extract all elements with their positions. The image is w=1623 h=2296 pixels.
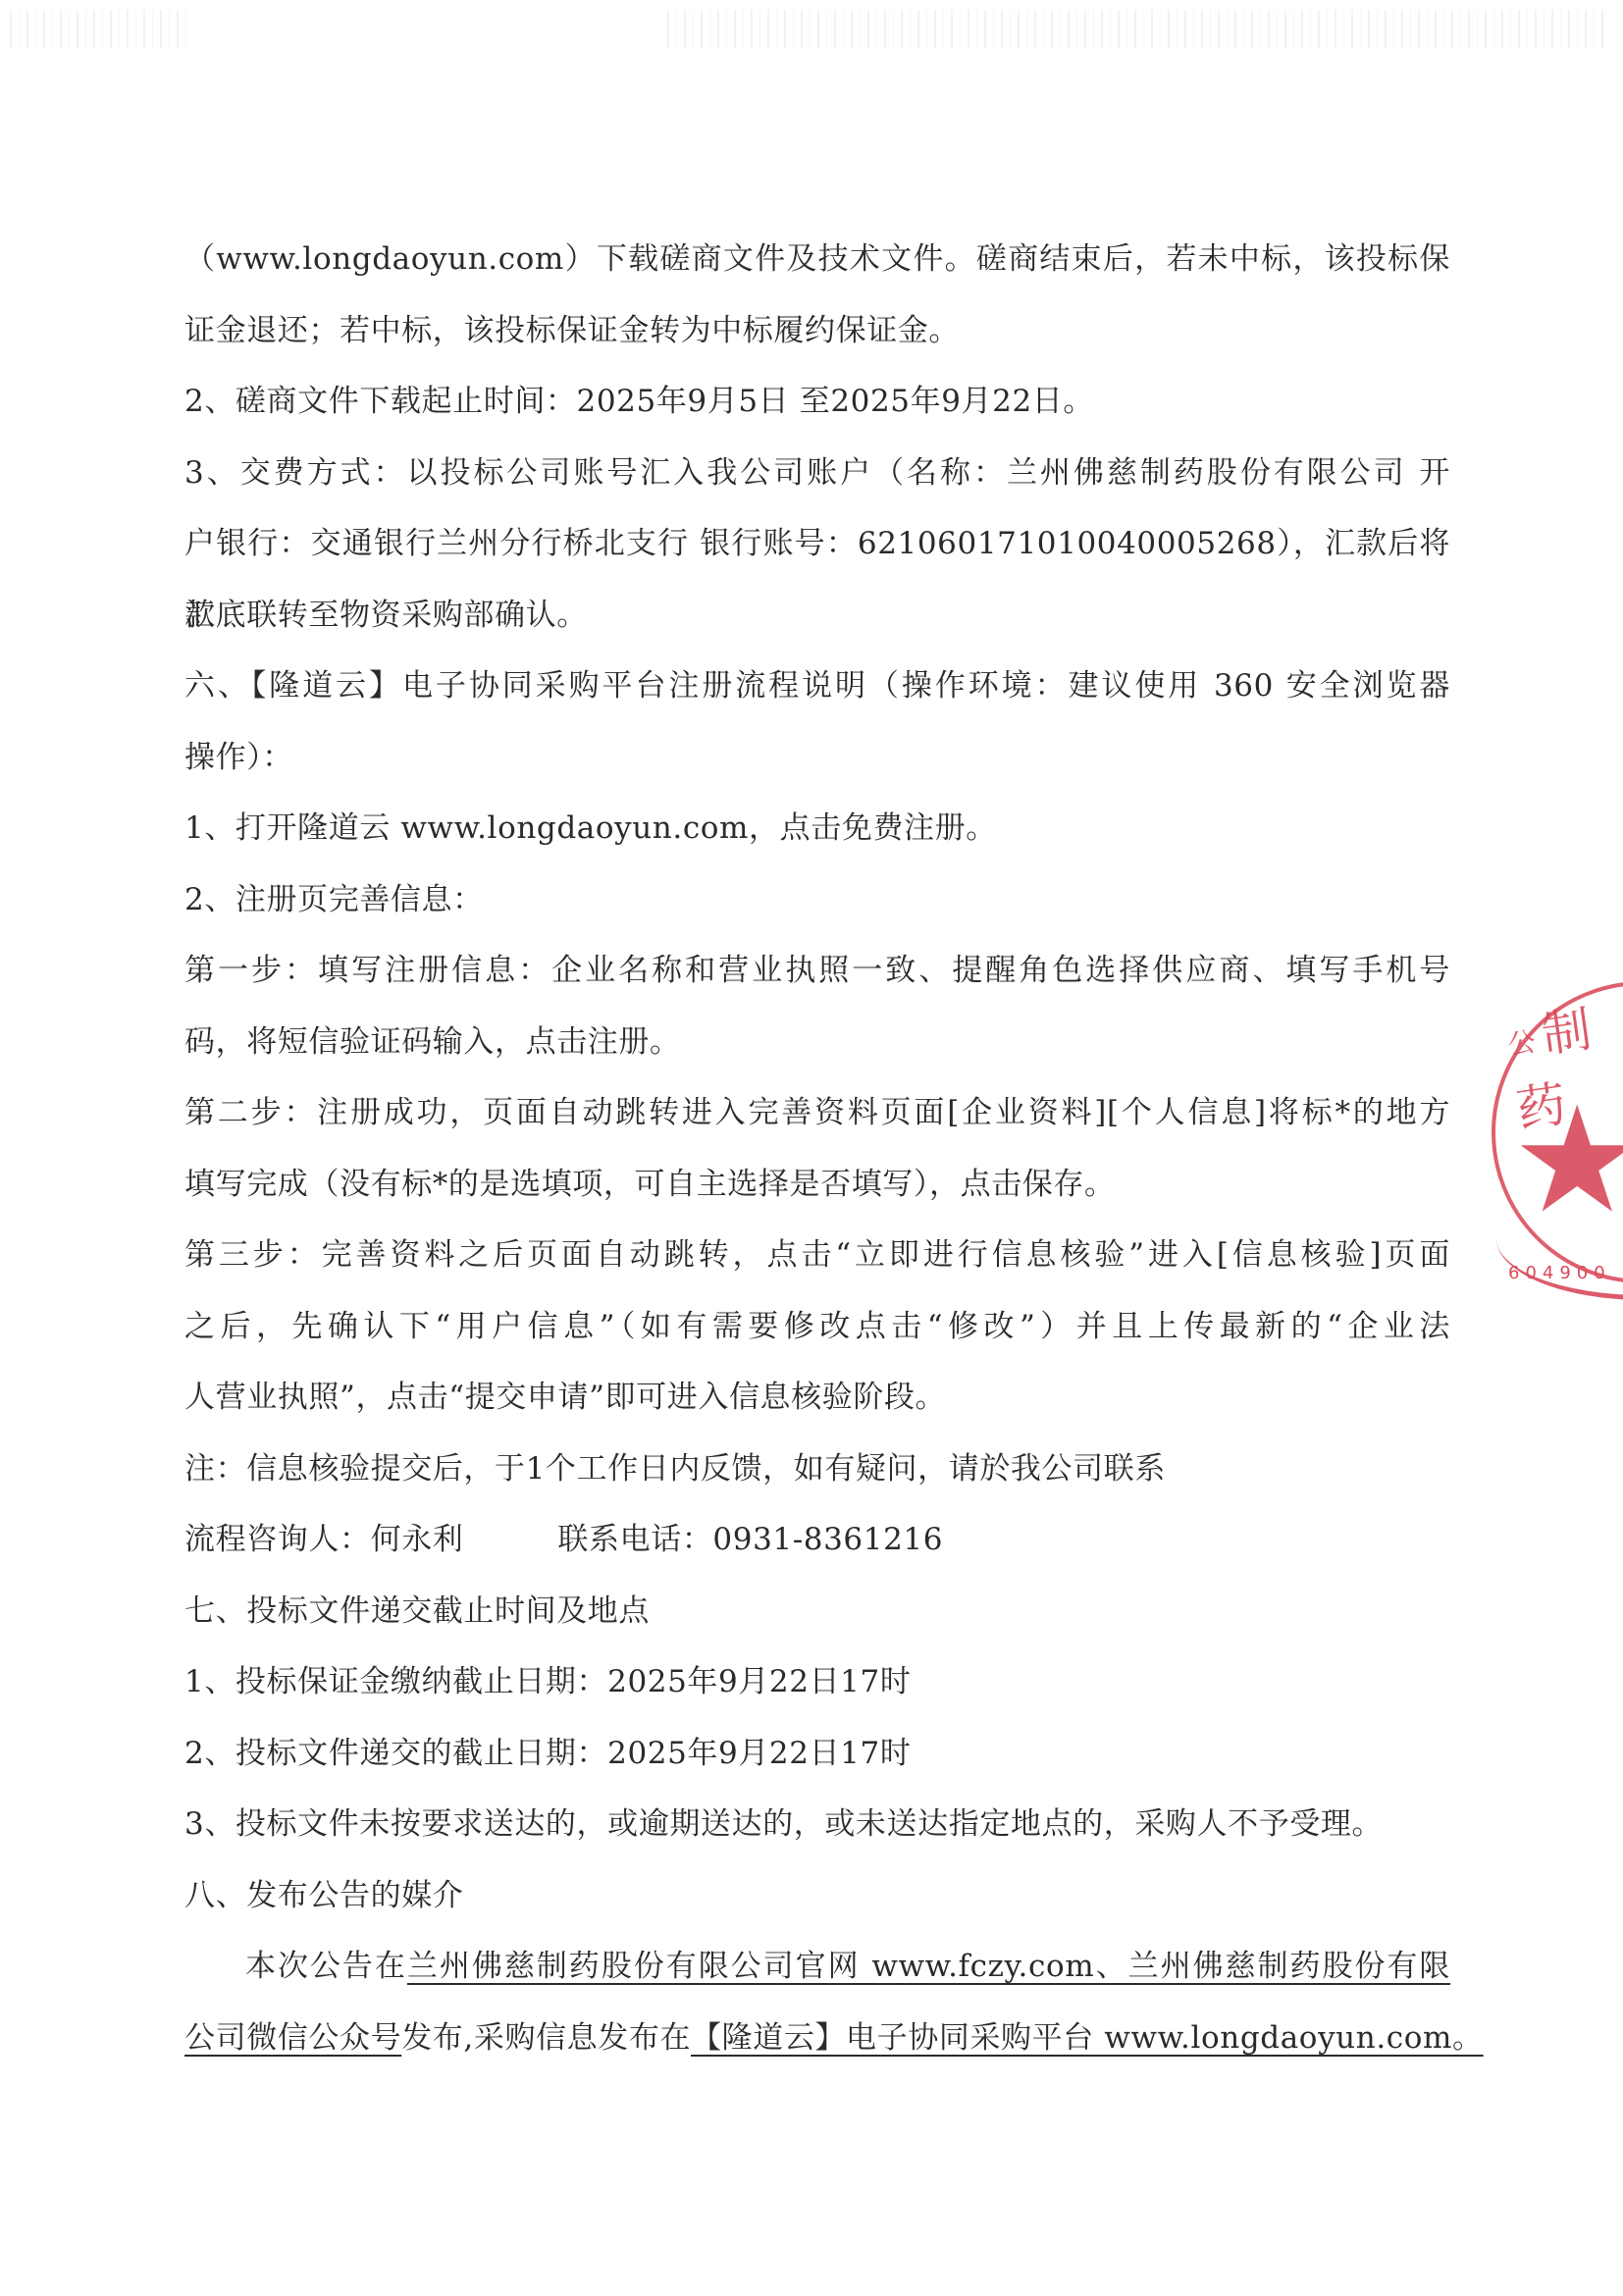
contact-phone-label: 联系电话：	[557, 1522, 712, 1557]
list-item: 1、投标保证金缴纳截止日期：2025年9月22日17时	[184, 1646, 1450, 1718]
official-site-link[interactable]: 兰州佛慈制药股份有限公司官网 www.fczy.com、兰州佛慈制药股份有限	[407, 1949, 1450, 1984]
body-line: 填写完成（没有标*的是选填项，可自主选择是否填写），点击保存。	[184, 1149, 1450, 1221]
step-line: 第一步：填写注册信息：企业名称和营业执照一致、提醒角色选择供应商、填写手机号	[184, 935, 1450, 1007]
section-heading: 六、【隆道云】电子协同采购平台注册流程说明（操作环境：建议使用 360 安全浏览…	[184, 651, 1450, 722]
list-item: 2、注册页完善信息：	[184, 864, 1450, 936]
section-heading: 八、发布公告的媒介	[184, 1860, 1450, 1932]
list-item: 3、投标文件未按要求送达的，或逾期送达的，或未送达指定地点的，采购人不予受理。	[184, 1789, 1450, 1860]
list-item: 2、磋商文件下载起止时间：2025年9月5日 至2025年9月22日。	[184, 366, 1450, 438]
media-mid-text: 发布,采购信息发布在	[401, 2020, 691, 2056]
body-line: 户银行：交通银行兰州分行桥北支行 银行账号：621060171010040005…	[184, 508, 1450, 580]
wechat-account-link[interactable]: 公司微信公众号	[184, 2020, 401, 2056]
contact-phone: 0931-8361216	[712, 1522, 943, 1557]
seal-code: 604900	[1508, 1263, 1611, 1283]
seal-star-icon: ★	[1511, 1087, 1623, 1234]
section-heading: 操作）：	[184, 722, 1450, 794]
section-heading: 七、投标文件递交截止时间及地点	[184, 1576, 1450, 1647]
contact-person-name: 何永利	[371, 1522, 464, 1557]
media-paragraph-line-2: 公司微信公众号发布,采购信息发布在【隆道云】电子协同采购平台 www.longd…	[184, 2003, 1450, 2074]
media-prefix: 本次公告在	[245, 1949, 407, 1984]
body-line: 码，将短信验证码输入，点击注册。	[184, 1007, 1450, 1078]
step-line: 第二步：注册成功，页面自动跳转进入完善资料页面[企业资料][个人信息]将标*的地…	[184, 1077, 1450, 1149]
step-line: 第三步：完善资料之后页面自动跳转，点击“立即进行信息核验”进入[信息核验]页面	[184, 1220, 1450, 1291]
list-item: 2、投标文件递交的截止日期：2025年9月22日17时	[184, 1718, 1450, 1790]
body-line: 证金退还；若中标，该投标保证金转为中标履约保证金。	[184, 295, 1450, 367]
media-paragraph-line-1: 本次公告在兰州佛慈制药股份有限公司官网 www.fczy.com、兰州佛慈制药股…	[184, 1931, 1450, 2003]
contact-line: 流程咨询人：何永利联系电话：0931-8361216	[184, 1504, 1450, 1576]
body-line: （www.longdaoyun.com）下载磋商文件及技术文件。磋商结束后，若未…	[184, 224, 1450, 295]
list-item: 3、交费方式：以投标公司账号汇入我公司账户（名称：兰州佛慈制药股份有限公司 开	[184, 438, 1450, 509]
longdaoyun-platform-link[interactable]: 【隆道云】电子协同采购平台 www.longdaoyun.com。	[691, 2020, 1484, 2056]
note-line: 注：信息核验提交后，于1个工作日内反馈，如有疑问，请於我公司联系	[184, 1434, 1450, 1505]
list-item: 1、打开隆道云 www.longdaoyun.com，点击免费注册。	[184, 793, 1450, 864]
body-line: 人营业执照”，点击“提交申请”即可进入信息核验阶段。	[184, 1362, 1450, 1434]
scan-noise-left	[10, 10, 186, 49]
body-line: 之后，先确认下“用户信息”（如有需要修改点击“修改”）并且上传最新的“企业法	[184, 1291, 1450, 1363]
contact-person-label: 流程咨询人：	[184, 1522, 371, 1557]
document-page: （www.longdaoyun.com）下载磋商文件及技术文件。磋商结束后，若未…	[184, 224, 1450, 2073]
body-line: 款底联转至物资采购部确认。	[184, 580, 1450, 652]
scan-noise-right	[667, 10, 1609, 49]
